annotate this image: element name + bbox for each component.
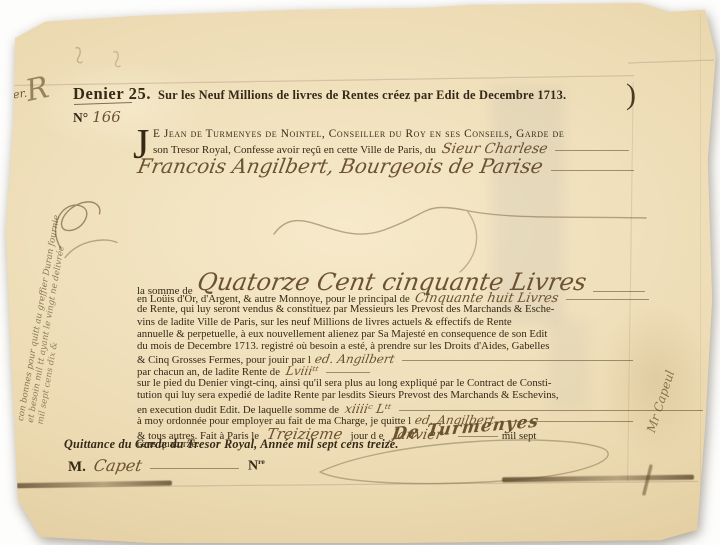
ink-rule <box>555 150 629 151</box>
left-marginalia: con bonnes pour quitt au greffier Duran … <box>16 174 89 425</box>
m-hand-capet: Capet <box>92 456 143 475</box>
corner-flourish: R <box>23 70 52 109</box>
closing-paren: ) <box>626 78 636 112</box>
quittance-caption: Quittance du Garde du Tresor Royal, Anné… <box>64 437 399 452</box>
pen-squiggle <box>272 190 652 276</box>
body-line3: Francois Angilbert, Bourgeois de Parise <box>138 154 638 178</box>
body-line3-hand: Francois Angilbert, Bourgeois de Parise <box>136 154 545 178</box>
para-line-4: annuelle & perpetuelle, à eux nouvelleme… <box>137 328 623 340</box>
n-label-letter: N <box>248 459 258 474</box>
corner-mark: 1er. <box>5 87 28 103</box>
para-line-2: de Rente, qui luy seront vendus & consti… <box>137 303 623 315</box>
para-line-3: vins de ladite Ville de Paris, sur les n… <box>137 316 623 328</box>
n-label-sup: re <box>258 457 265 466</box>
header-title: Sur les Neuf Millions de livres de Rente… <box>158 88 628 103</box>
document-photo: 1er. R Denier 25. Sur les Neuf Millions … <box>0 0 720 545</box>
corner-prefix: 1er. <box>5 87 28 103</box>
n-label: Nre <box>248 457 265 475</box>
aged-paper-sheet: 1er. R Denier 25. Sur les Neuf Millions … <box>0 0 720 545</box>
right-edge-crease <box>700 14 702 524</box>
m-line: M. Capet <box>68 456 243 476</box>
ink-rule <box>150 468 239 469</box>
number-label: N° <box>73 110 88 126</box>
stray-ink-marks <box>70 44 130 72</box>
para-line-5: du mois de Decembre 1713. registré où be… <box>137 340 623 352</box>
m-label: M. <box>68 459 86 476</box>
number-value: 166 <box>92 108 121 126</box>
number-line: N° 166 <box>73 108 121 126</box>
para-line-9: tution qui luy sera expedié de ladite Re… <box>137 389 623 401</box>
ink-rule <box>326 372 370 373</box>
paper-shadow: 1er. R Denier 25. Sur les Neuf Millions … <box>0 0 720 545</box>
corner-flourish-letter: R <box>23 70 52 109</box>
ink-rule <box>402 360 633 361</box>
para-line-8: sur le pied du Denier vingt-cinq, ainsi … <box>137 377 623 389</box>
ink-rule <box>551 170 634 171</box>
body-line1: E Jean de Turmenyes de Nointel, Conseill… <box>153 128 623 140</box>
ink-rule <box>566 299 649 300</box>
denier-label: Denier 25. <box>73 84 151 104</box>
